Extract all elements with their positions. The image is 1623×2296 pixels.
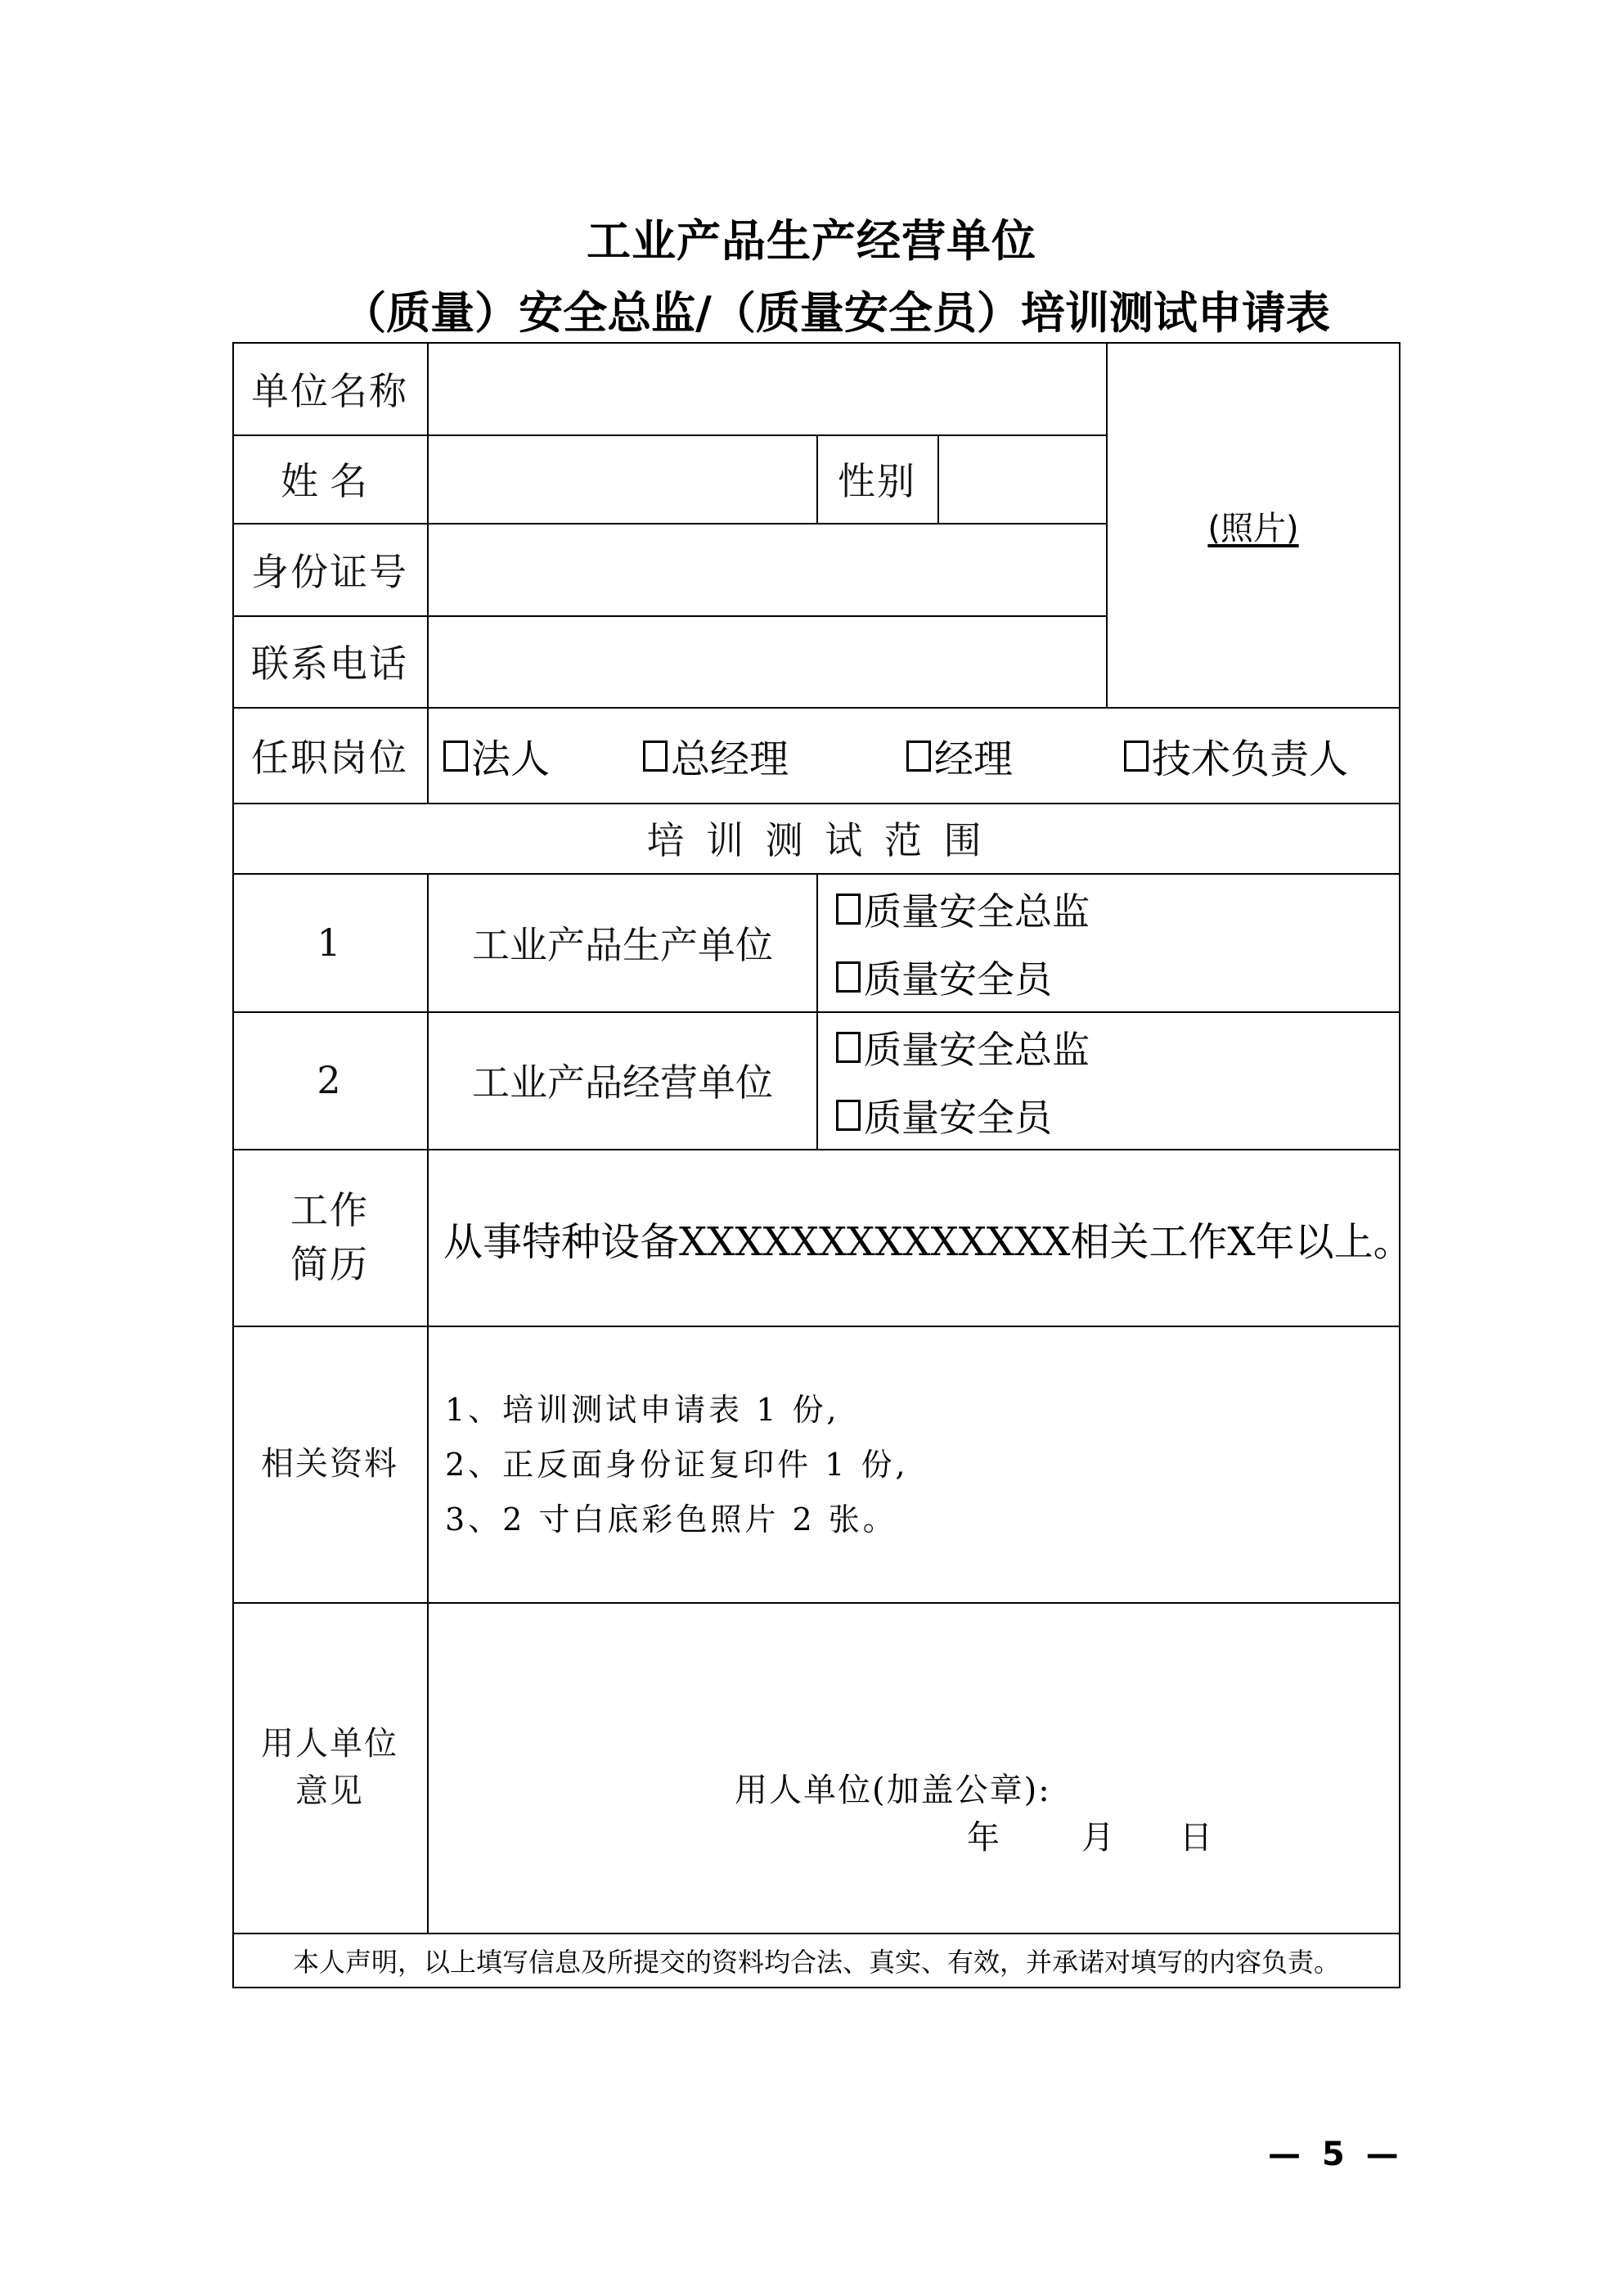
scope-row-index: 2: [317, 1058, 342, 1102]
scope-row-unit-type: 工业产品经营单位: [472, 1053, 773, 1107]
col-line-scope-options: [816, 873, 818, 1149]
checkbox-icon[interactable]: [836, 1100, 861, 1131]
scope-option-label: 质量安全员: [864, 1088, 1052, 1142]
photo-placeholder-label: (照片): [1207, 502, 1298, 549]
materials-item: 1、培训测试申请表 1 份,: [445, 1383, 909, 1438]
employer-opinion-label-line2: 意见: [295, 1767, 364, 1815]
checkbox-icon[interactable]: [443, 741, 468, 772]
position-options-group: 法人 总经理 经理 技术负责人: [429, 709, 1399, 803]
position-option-label: 总经理: [671, 727, 789, 784]
scope-header-cell: 培 训 测 试 范 围: [232, 803, 1400, 873]
work-history-value: 从事特种设备XXXXXXXXXXXXXX相关工作X年以上。: [443, 1210, 1413, 1267]
scope-option-label: 质量安全总监: [864, 882, 1090, 936]
materials-label: 相关资料: [261, 1440, 398, 1488]
scope-row-index: 1: [317, 921, 342, 965]
scope-row-1-index-cell: 1: [232, 873, 427, 1011]
materials-item: 2、正反面身份证复印件 1 份,: [445, 1438, 909, 1492]
gender-label: 性别: [838, 452, 916, 506]
scope-row-1-options: 质量安全总监 质量安全员: [836, 875, 1392, 1011]
employer-opinion-label-line1: 用人单位: [261, 1720, 398, 1767]
position-option-label: 法人: [471, 727, 550, 784]
scope-row-2-unit-cell: 工业产品经营单位: [429, 1011, 816, 1149]
scope-option-label: 质量安全员: [864, 950, 1052, 1004]
materials-label-cell: 相关资料: [232, 1326, 427, 1602]
scope-row-2-index-cell: 2: [232, 1011, 427, 1149]
name-field[interactable]: [429, 436, 816, 523]
document-title-line2: （质量）安全总监/（质量安全员）培训测试申请表: [25, 278, 1623, 341]
employer-opinion-field[interactable]: 用人单位(加盖公章): 年 月 日: [429, 1604, 1399, 1933]
position-label-cell: 任职岗位: [232, 707, 427, 803]
scope-option-label: 质量安全总监: [864, 1020, 1090, 1074]
table-border-right: [1399, 342, 1400, 1988]
phone-label: 联系电话: [251, 634, 408, 688]
scope-row-1-unit-cell: 工业产品生产单位: [429, 873, 816, 1011]
id-label-cell: 身份证号: [232, 523, 427, 615]
checkbox-icon[interactable]: [836, 1032, 861, 1063]
work-history-label-line1: 工作: [290, 1183, 369, 1237]
name-label-cell: 姓名: [232, 434, 427, 523]
declaration-text: 本人声明，以上填写信息及所提交的资料均合法、真实、有效，并承诺对填写的内容负责。: [293, 1942, 1340, 1979]
employer-seal-label: 用人单位(加盖公章):: [735, 1764, 1051, 1811]
scope-option-quality-safety-officer[interactable]: 质量安全员: [836, 943, 1392, 1012]
checkbox-icon[interactable]: [1124, 741, 1149, 772]
position-option-label: 技术负责人: [1152, 727, 1348, 784]
position-label: 任职岗位: [251, 728, 408, 782]
gender-label-cell: 性别: [816, 434, 937, 523]
checkbox-icon[interactable]: [643, 741, 668, 772]
scope-option-quality-safety-officer[interactable]: 质量安全员: [836, 1081, 1392, 1149]
position-option-legal-rep[interactable]: 法人: [443, 709, 550, 803]
checkbox-icon[interactable]: [836, 894, 861, 925]
id-label: 身份证号: [251, 542, 408, 597]
table-border-bottom: [232, 1987, 1400, 1988]
application-form-table: 单位名称 姓名 性别 身份证号 联系电话 (照片) 任职岗位 法人: [232, 342, 1400, 1988]
position-option-label: 经理: [934, 727, 1013, 784]
scope-row-2-options: 质量安全总监 质量安全员: [836, 1013, 1392, 1149]
position-option-manager[interactable]: 经理: [906, 709, 1013, 803]
scope-option-quality-safety-director[interactable]: 质量安全总监: [836, 1013, 1392, 1081]
checkbox-icon[interactable]: [836, 961, 861, 993]
unit-name-label: 单位名称: [251, 362, 408, 416]
employer-opinion-label-cell: 用人单位 意见: [232, 1602, 427, 1933]
materials-list: 1、培训测试申请表 1 份, 2、正反面身份证复印件 1 份, 3、2 寸白底彩…: [445, 1383, 909, 1547]
name-label: 姓名: [281, 452, 379, 506]
checkbox-icon[interactable]: [906, 741, 931, 772]
unit-name-label-cell: 单位名称: [232, 342, 427, 434]
date-month-label: 月: [1081, 1812, 1116, 1858]
page-number: — 5 —: [1268, 2136, 1404, 2173]
phone-label-cell: 联系电话: [232, 615, 427, 707]
scope-row-unit-type: 工业产品生产单位: [472, 916, 773, 970]
date-year-label: 年: [967, 1812, 1001, 1858]
unit-name-field[interactable]: [429, 344, 1106, 434]
photo-box[interactable]: (照片): [1108, 344, 1399, 707]
work-history-label-line2: 简历: [290, 1237, 369, 1291]
date-day-label: 日: [1180, 1812, 1214, 1858]
declaration-cell: 本人声明，以上填写信息及所提交的资料均合法、真实、有效，并承诺对填写的内容负责。: [234, 1934, 1399, 1987]
materials-item: 3、2 寸白底彩色照片 2 张。: [445, 1492, 909, 1547]
scope-header: 培 训 测 试 范 围: [646, 811, 986, 865]
work-history-label-cell: 工作 简历: [232, 1149, 427, 1326]
position-option-general-manager[interactable]: 总经理: [643, 709, 789, 803]
id-number-field[interactable]: [429, 524, 1106, 615]
work-history-field[interactable]: 从事特种设备XXXXXXXXXXXXXX相关工作X年以上。: [429, 1150, 1399, 1326]
scope-option-quality-safety-director[interactable]: 质量安全总监: [836, 875, 1392, 943]
materials-cell: 1、培训测试申请表 1 份, 2、正反面身份证复印件 1 份, 3、2 寸白底彩…: [429, 1327, 1399, 1602]
gender-field[interactable]: [939, 436, 1106, 523]
position-option-technical-lead[interactable]: 技术负责人: [1124, 709, 1348, 803]
document-title-line1: 工业产品生产经营单位: [0, 206, 1623, 269]
phone-field[interactable]: [429, 617, 1106, 707]
